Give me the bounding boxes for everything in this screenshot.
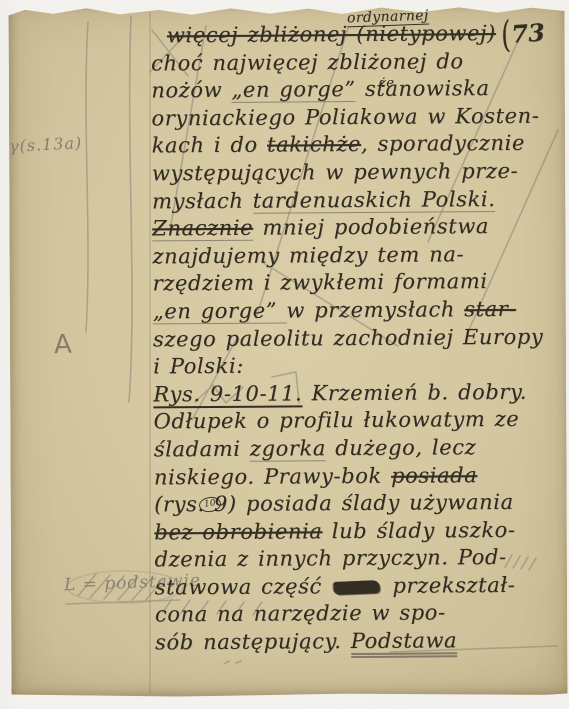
text-segment: lub ślady uszko- [322,518,515,543]
margin-reference-note: γ(s.13a) [9,133,83,156]
manuscript-line: niskiego. Prawy-bok posiada [154,461,560,491]
manuscript-line: (rys. 9) posiada ślady używania [154,489,560,519]
manuscript-line: znajdujemy między tem na- [152,240,558,270]
text-segment: tardenuaskich Polski. [253,187,496,214]
text-segment: Podstawa [351,628,458,658]
text-segment: stawowa część [155,574,332,599]
manuscript-line: śladami zgorka dużego, lecz [154,433,560,463]
text-segment: i Polski: [153,354,244,379]
manuscript-line: Rys. 9-10-11. Krzemień b. dobry. [153,378,559,408]
text-segment: „en gorge” [231,77,355,103]
text-segment: niskiego. Prawy-bok [154,463,391,489]
manuscript-line: więcej zbliżonej (nietypowej) [151,20,557,50]
text-segment: szego paleolitu zachodniej Europy [153,324,543,351]
text-segment: oryniackiego Poliakowa w Kosten- [151,103,539,130]
manuscript-line: nożów „en gorge” stanowiska [151,75,557,105]
text-segment: mniej podobieństwa [253,214,489,240]
manuscript-line: mysłach tardenuaskich Polski. [152,185,558,215]
text-segment: posiada [391,463,477,488]
text-segment: rzędziem i zwykłemi formami [153,269,488,295]
manuscript-line: i Polski: [153,351,559,381]
text-segment: nożów [151,78,231,103]
text-segment: w przemysłach [286,297,464,322]
scanned-manuscript: (73 ordynarnej że 10 γ(s.13a) A L = pods… [0,0,569,709]
manuscript-line: stawowa część przekształ- [155,571,561,601]
text-segment: (nietypowej) [356,21,496,46]
manuscript-text: więcej zbliżonej (nietypowej)choć najwię… [151,20,561,657]
manuscript-line: bez obrobienia lub ślady uszko- [154,516,560,546]
text-segment: bez obrobienia [154,519,322,544]
text-segment: „en gorge” [153,298,287,324]
text-segment: mysłach [152,188,253,213]
manuscript-line: Odłupek o profilu łukowatym ze [153,406,559,436]
margin-letter-a: A [53,330,72,361]
text-segment: zgorka [250,436,326,462]
text-segment: Znacznie [152,216,253,242]
text-segment: znajdujemy między tem na- [152,242,464,268]
manuscript-line: oryniackiego Poliakowa w Kosten- [151,102,557,132]
manuscript-line: cona na narzędzie w spo- [155,599,561,629]
manuscript-line: Znacznie mniej podobieństwa [152,213,558,243]
text-segment: cona na narzędzie w spo- [155,601,446,627]
text-segment: Krzemień b. dobry. [302,380,527,406]
text-segment: dzenia z innych przyczyn. Pod- [154,545,506,571]
text-segment: więcej zbliżonej [167,22,357,47]
text-segment: , sporadycznie [361,131,525,156]
text-segment: występujących w pewnych prze- [152,159,519,186]
manuscript-line: „en gorge” w przemysłach star- [153,296,559,326]
text-segment: choć najwięcej zbliżonej do [151,49,464,75]
manuscript-line: sób następujący. Podstawa [155,627,561,657]
manuscript-line: kach i do takichże, sporadycznie [152,130,558,160]
text-segment: śladami [154,437,250,462]
text-segment: sób następujący. [155,629,351,654]
text-segment: Odłupek o profilu łukowatym ze [153,407,519,434]
text-segment: (rys. 9) posiada ślady używania [154,490,514,517]
text-segment: star- [464,297,516,321]
text-segment: przekształ- [383,573,515,598]
manuscript-line: występujących w pewnych prze- [152,158,558,188]
manuscript-line: dzenia z innych przyczyn. Pod- [154,544,560,574]
manuscript-line: rzędziem i zwykłemi formami [153,268,559,298]
manuscript-line: choć najwięcej zbliżonej do [151,47,557,77]
text-segment: takichże [267,132,361,157]
text-segment: Rys. 9-10-11. [153,381,302,408]
text-segment: kach i do [152,133,268,158]
text-segment: stanowiska [356,76,490,101]
ink-blot-scribble [334,580,381,595]
text-segment: dużego, lecz [326,435,477,460]
manuscript-line: szego paleolitu zachodniej Europy [153,323,559,353]
